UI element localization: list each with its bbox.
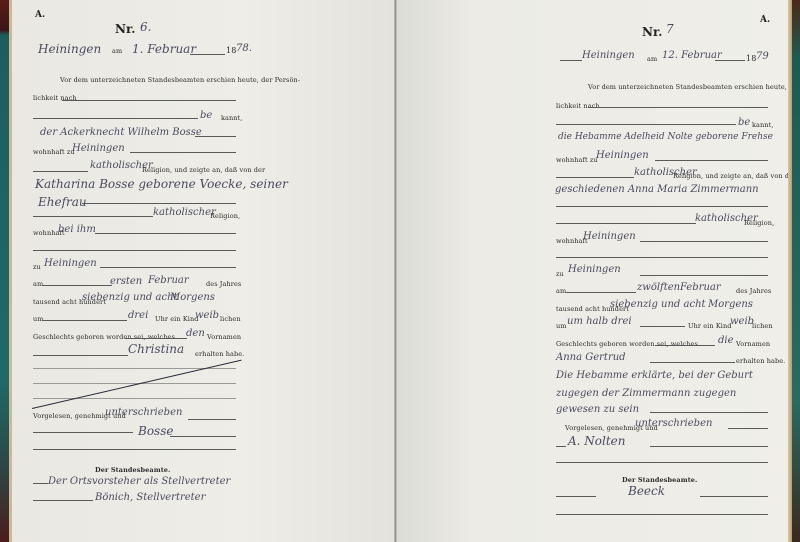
intro-text2-right: lichkeit nach [556, 102, 600, 110]
place-right: Heiningen [582, 50, 635, 61]
register-marker-right: A. [760, 15, 770, 25]
rule [650, 446, 768, 447]
mother-residence-value-left: bei ihm [58, 224, 96, 235]
rule [33, 483, 48, 484]
rule [33, 500, 93, 501]
child-label-left: Uhr ein Kind [155, 315, 199, 323]
hour-value-left: drei [128, 310, 148, 321]
mother-religion-label-right: Religion, [744, 219, 774, 227]
date-right: 12. Februar [662, 50, 722, 61]
rule [130, 152, 236, 153]
erhalten-label-left: erhalten habe. [195, 350, 244, 358]
geschlecht-label-right: Geschlechts geboren worden sei, welches [556, 340, 698, 348]
vornamen-label-right: Vornamen [736, 340, 770, 348]
child-label-right: Uhr ein Kind [688, 322, 732, 330]
year-suffix-right: 79 [756, 51, 769, 62]
rule [125, 338, 187, 339]
rule [556, 223, 696, 224]
day-value-left: ersten [110, 276, 142, 287]
rule [556, 514, 768, 515]
read-value-left: unterschrieben [105, 407, 182, 418]
known-value-right: be [738, 117, 750, 128]
mother-religion-label-left: Religion, [210, 212, 240, 220]
informant-signature-left: Bosse [138, 424, 173, 438]
rule [188, 419, 236, 420]
month-value-left: Februar [148, 275, 189, 286]
lichen-label-left: lichen [220, 315, 241, 323]
year-words-left: siebenzig und acht [82, 292, 178, 303]
month-value-right: Februar [680, 282, 721, 293]
residence-label-left: wohnhaft zu [33, 148, 75, 156]
rule [33, 250, 236, 251]
mother-name-left: Katharina Bosse geborene Voecke, seiner [35, 177, 288, 191]
date-left: 1. Februar [132, 42, 196, 56]
rule [655, 345, 715, 346]
rule [650, 362, 735, 363]
time-of-day-right: Morgens [708, 299, 753, 310]
rule [640, 326, 685, 327]
official-line1-left: Der Ortsvorsteher als Stellvertreter [48, 476, 230, 487]
rule [566, 292, 636, 293]
known-suffix-left: kannt, [221, 114, 242, 122]
place-left: Heiningen [38, 42, 101, 56]
on-label-left: am [33, 280, 43, 288]
rule [33, 171, 88, 172]
official-title-left: Der Standesbeamte. [95, 466, 170, 474]
date-connector-left: am [112, 47, 122, 55]
given-prefix-left: den [186, 328, 205, 339]
on-label-right: am [556, 287, 566, 295]
rule [556, 496, 596, 497]
book-cover-right [792, 0, 800, 542]
rule [62, 100, 236, 101]
rule [33, 398, 236, 399]
rule [95, 233, 236, 234]
register-marker-left: A. [35, 10, 45, 20]
at-label-left: zu [33, 263, 41, 271]
read-value-right: unterschrieben [635, 418, 712, 429]
rule [700, 496, 768, 497]
rule [33, 449, 236, 450]
vornamen-prefix-right: die [718, 335, 734, 346]
known-suffix-right: kannt, [752, 121, 773, 129]
residence-value-right: Heiningen [596, 150, 649, 161]
rule [588, 107, 768, 108]
year-words-right: siebenzig und acht [610, 299, 706, 310]
rule [556, 124, 736, 125]
rule [42, 320, 127, 321]
residence-label-right: wohnhaft zu [556, 156, 598, 164]
entry-number-right: 7 [666, 22, 674, 36]
official-title-right: Der Standesbeamte. [622, 476, 697, 484]
rule [556, 206, 768, 207]
informant-right: die Hebamme Adelheid Nolte geborene Freh… [558, 132, 773, 142]
rule [82, 203, 236, 204]
rule [640, 275, 768, 276]
entry-number-label-right: Nr. [642, 25, 662, 39]
residence-value-left: Heiningen [72, 143, 125, 154]
lichen-label-right: lichen [752, 322, 773, 330]
official-line2-left: Bönich, Stellvertreter [95, 492, 205, 503]
known-value-left: be [200, 110, 212, 121]
rule [100, 267, 236, 268]
year-label-left: des Jahres [206, 280, 241, 288]
mother-residence-value-right: Heiningen [583, 231, 636, 242]
rule [655, 160, 768, 161]
intro-text-left: Vor dem unterzeichneten Standesbeamten e… [60, 76, 300, 84]
day-value-right: zwölften [637, 282, 680, 293]
um-label-left: um [33, 315, 44, 323]
rule [650, 412, 768, 413]
um-label-right: um [556, 322, 567, 330]
mother-religion-value-left: katholischer [153, 207, 216, 218]
year-suffix-left: 78. [236, 43, 252, 54]
at-value-right: Heiningen [568, 264, 621, 275]
religion-label-right: Religion, und zeigte an, daß von der [673, 172, 796, 180]
sex-value-left: weib [195, 310, 219, 321]
rule [556, 177, 634, 178]
rule [33, 216, 153, 217]
rule [33, 355, 128, 356]
book-cover-left [0, 0, 9, 542]
official-signature-right: Beeck [628, 484, 665, 498]
informant-left: der Ackerknecht Wilhelm Bosse [40, 127, 202, 138]
sex-value-right: weib [730, 316, 754, 327]
at-value-left: Heiningen [44, 258, 97, 269]
note-line3-right: gewesen zu sein [556, 404, 639, 415]
religion-label-left: Religion, und zeigte an, daß von der [142, 166, 265, 174]
mother-name-right: geschiedenen Anna Maria Zimmermann [555, 184, 759, 195]
child-name-right: Anna Gertrud [556, 352, 626, 363]
rule [556, 446, 566, 447]
rule [556, 257, 768, 258]
child-name-left: Christina [128, 342, 184, 356]
rule [560, 60, 582, 61]
mother-relation-left: Ehefrau [38, 195, 87, 209]
rule [170, 436, 236, 437]
entry-number-label-left: Nr. [115, 22, 135, 36]
note-line1-right: Die Hebamme erklärte, bei der Geburt [556, 370, 753, 381]
year-prefix-right: 18 [746, 54, 756, 63]
rule [33, 432, 133, 433]
time-of-day-left: Morgens [170, 292, 215, 303]
rule [728, 428, 768, 429]
entry-number-left: 6. [140, 20, 151, 34]
rule [190, 54, 225, 55]
at-label-right: zu [556, 270, 564, 278]
vornamen-label-left: Vornamen [207, 333, 241, 341]
rule [42, 285, 112, 286]
hour-value-right: um halb drei [567, 316, 632, 327]
date-connector-right: am [647, 55, 657, 63]
note-line2-right: zugegen der Zimmermann zugegen [556, 388, 736, 399]
geschlecht-label-left: Geschlechts geboren worden sei, welches [33, 333, 175, 341]
year-prefix-left: 18 [226, 46, 236, 55]
informant-signature-right: A. Nolten [568, 434, 626, 448]
intro-text-right: Vor dem unterzeichneten Standesbeamten e… [588, 83, 800, 91]
erhalten-label-right: erhalten habe. [736, 357, 785, 365]
rule [33, 118, 198, 119]
rule [556, 462, 768, 463]
year-label-right: des Jahres [736, 287, 771, 295]
rule [715, 60, 745, 61]
rule [195, 136, 236, 137]
rule [640, 241, 768, 242]
